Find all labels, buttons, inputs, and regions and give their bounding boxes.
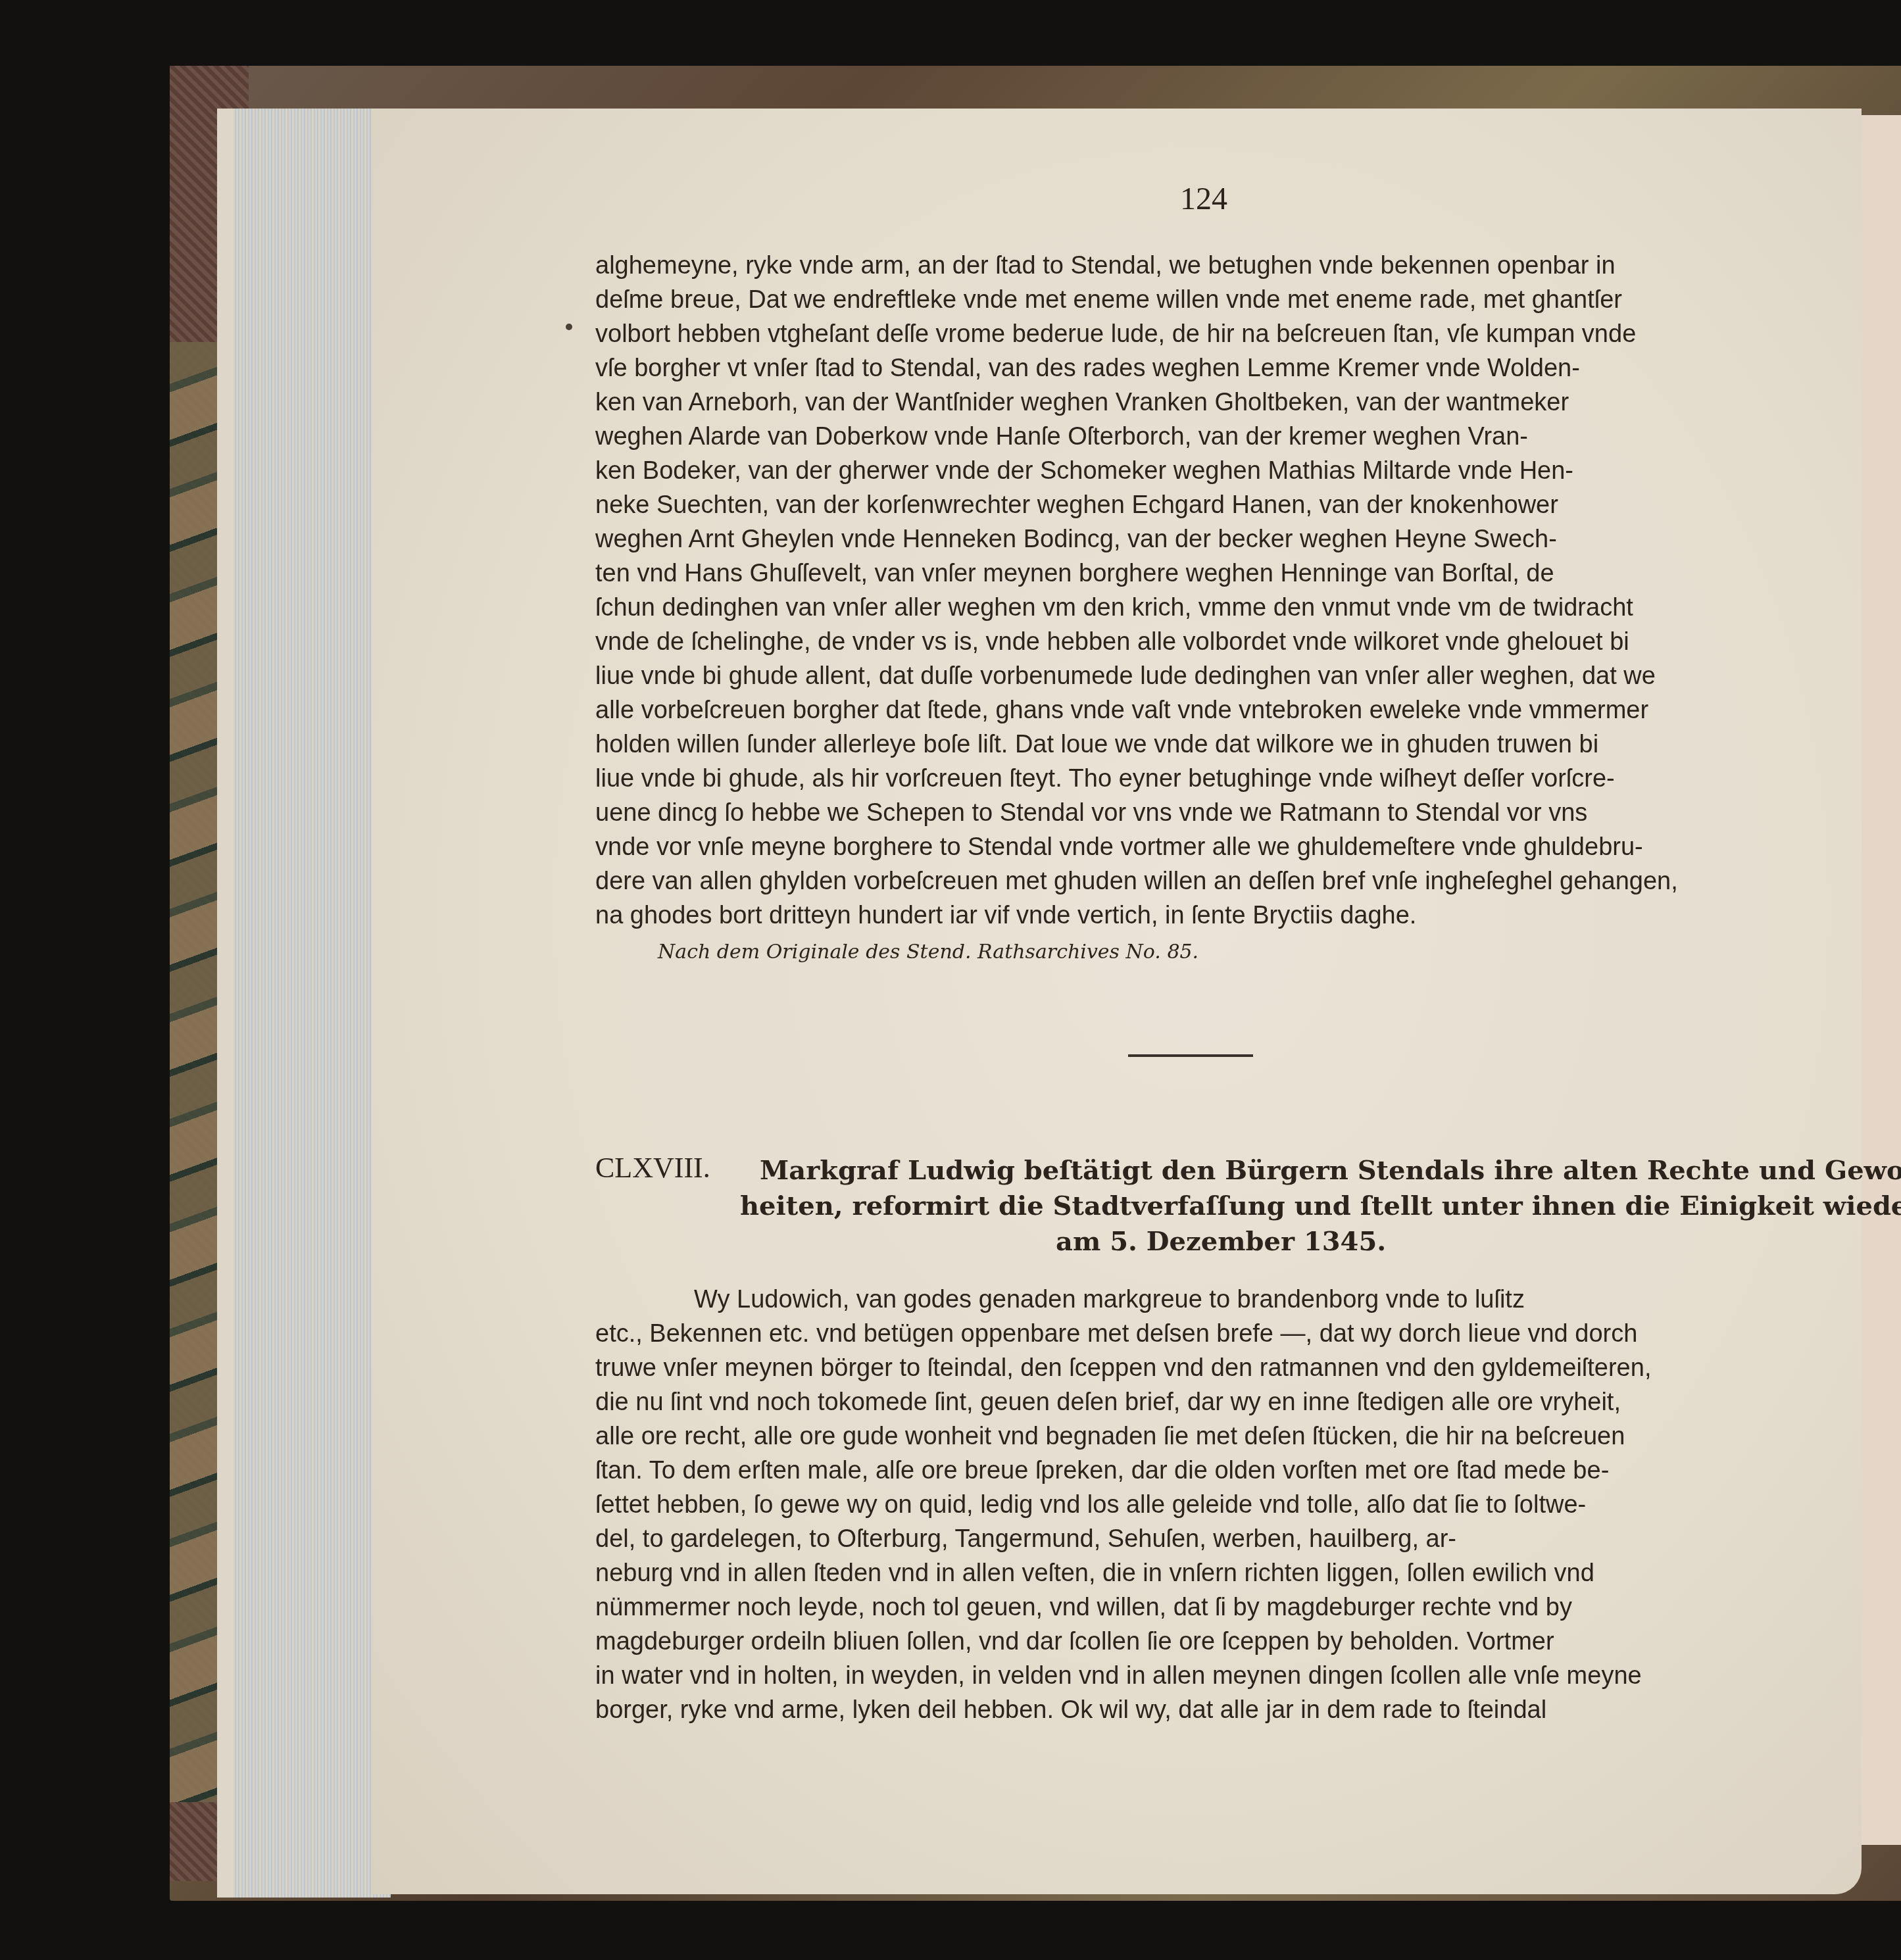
body-line: weghen Arnt Gheylen vnde Henneken Bodinc… [595,522,1822,556]
section-divider [1128,1054,1253,1057]
heading-title-line: Markgraf Ludwig beſtätigt den Bürgern St… [760,1152,1901,1189]
body-line: truwe vnſer meynen börger to ſteindal, d… [595,1351,1822,1385]
page-number: 124 [1164,181,1243,217]
body-line: alghemeyne, ryke vnde arm, an der ſtad t… [595,249,1822,283]
body-line: vnde vor vnſe meyne borghere to Stendal … [595,830,1822,864]
body-line: volbort hebben vtgheſant deſſe vrome bed… [595,317,1822,351]
heading-title-line: heiten, reformirt die Stadtverfaſſung un… [740,1188,1901,1225]
document-number: CLXVIII. [595,1150,710,1187]
body-line: alle vorbeſcreuen borgher dat ſtede, gha… [595,693,1822,727]
body-line: neburg vnd in allen ſteden vnd in allen … [595,1556,1822,1590]
heading-date: am 5. Dezember 1345. [1056,1223,1386,1260]
body-line: die nu ſint vnd noch tokomede ſint, geue… [595,1385,1822,1419]
source-note: Nach dem Originale des Stend. Rathsarchi… [658,939,1198,966]
body-line: liue vnde bi ghude allent, dat duſſe vor… [595,659,1822,693]
page-stack-edges [217,109,391,1898]
body-line: ten vnd Hans Ghuſſevelt, van vnſer meyne… [595,556,1822,591]
body-line: deſme breue, Dat we endreftleke vnde met… [595,283,1822,317]
ink-speck [566,324,572,330]
body-line: weghen Alarde van Doberkow vnde Hanſe Oſ… [595,420,1822,454]
body-line: in water vnd in holten, in weyden, in ve… [595,1659,1822,1693]
body-line: dere van allen ghylden vorbeſcreuen met … [595,864,1822,898]
body-line: ſchun dedinghen van vnſer aller weghen v… [595,591,1822,625]
body-line: ken Bodeker, van der gherwer vnde der Sc… [595,454,1822,488]
body-line: uene dincg ſo hebbe we Schepen to Stenda… [595,796,1822,830]
body-line: Wy Ludowich, van godes genaden markgreue… [694,1283,1822,1317]
body-line: ſettet hebben, ſo gewe wy on quid, ledig… [595,1488,1822,1522]
body-line: ken van Arneborh, van der Wantſnider weg… [595,385,1822,420]
body-line: nümmermer noch leyde, noch tol geuen, vn… [595,1590,1822,1625]
body-line: del, to gardelegen, to Oſterburg, Tanger… [595,1522,1822,1556]
facing-page-edge [1862,115,1901,1845]
body-line: holden willen ſunder allerleye boſe liſt… [595,727,1822,762]
body-line: alle ore recht, alle ore gude wonheit vn… [595,1419,1822,1454]
body-line: magdeburger ordeiln bliuen ſollen, vnd d… [595,1625,1822,1659]
body-line: neke Suechten, van der korſenwrechter we… [595,488,1822,522]
body-line: na ghodes bort dritteyn hundert iar vif … [595,898,1822,933]
body-line: etc., Bekennen etc. vnd betügen oppenbar… [595,1317,1822,1351]
body-line: vnde de ſchelinghe, de vnder vs is, vnde… [595,625,1822,659]
body-line: vſe borgher vt vnſer ſtad to Stendal, va… [595,351,1822,385]
body-line: ſtan. To dem erſten male, alſe ore breue… [595,1454,1822,1488]
marbled-endpaper [170,342,222,1802]
body-line: borger, ryke vnd arme, lyken deil hebben… [595,1693,1822,1727]
body-line: liue vnde bi ghude, als hir vorſcreuen ſ… [595,762,1822,796]
